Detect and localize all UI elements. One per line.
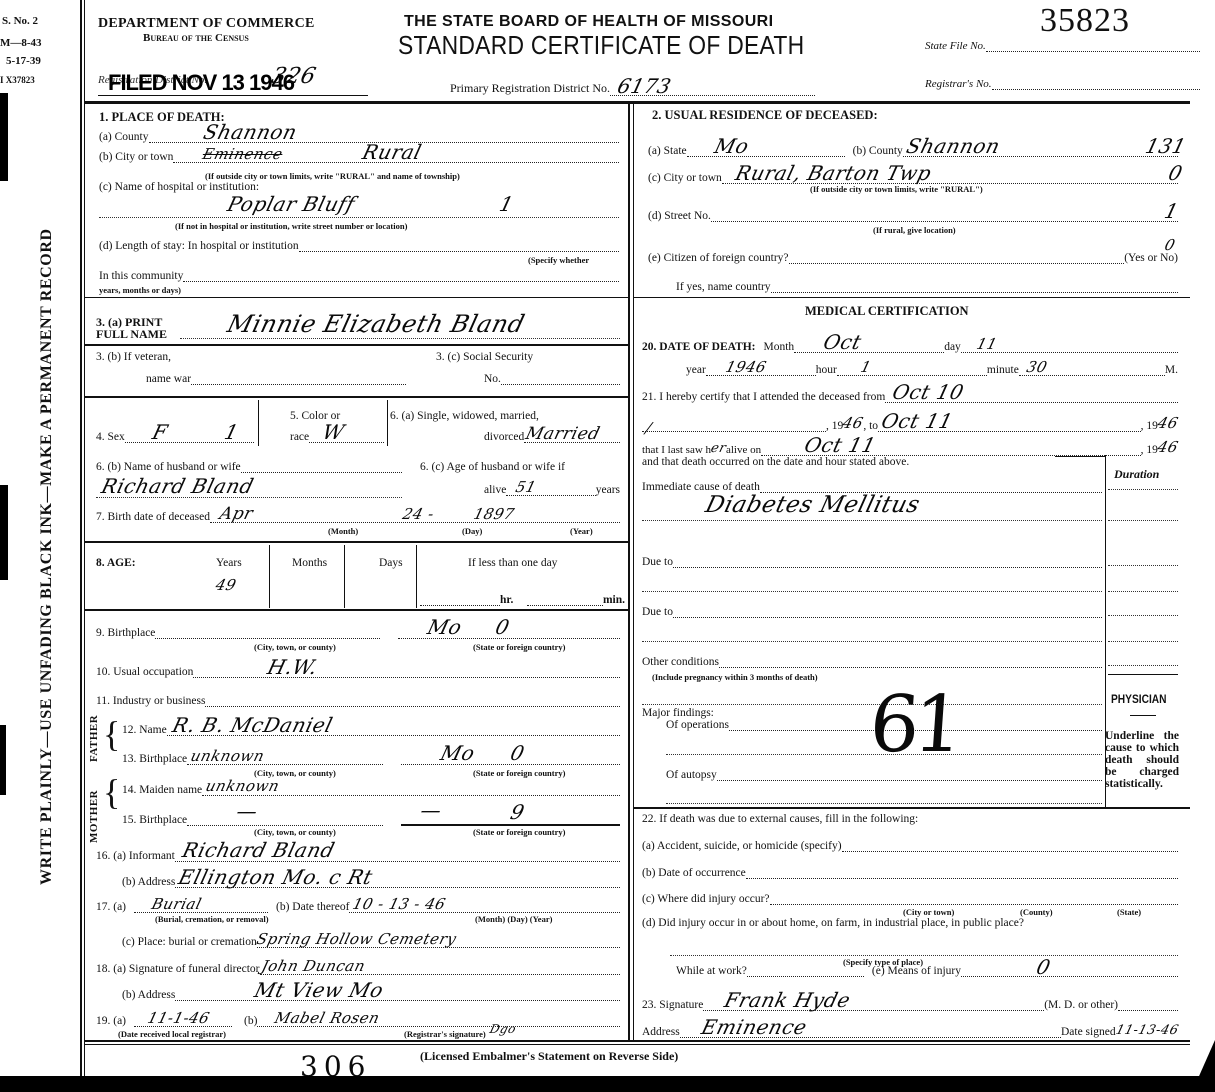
marital-field[interactable]: divorced Married [484,431,620,443]
residence-street-line: 1 [711,210,1178,222]
birth-date-line: Apr 24 - 1897 [210,511,620,523]
residence-state-value[interactable]: Mo [712,134,752,158]
major-findings-label: Major findings: [642,707,714,719]
disposal-note: (Burial, cremation, or removal) [155,914,269,924]
form-code: S. No. 2 [2,15,38,27]
duration-tick [1055,456,1105,457]
father-name-value[interactable]: R. B. McDaniel [170,713,335,737]
citizen-field[interactable]: (e) Citizen of foreign country? (Yes or … [648,252,1178,264]
birthplace-label: 9. Birthplace [96,627,155,639]
death-time-field[interactable]: year 1946 hour 1 minute 30 M. [686,364,1178,376]
attended-mark: / [644,419,654,437]
spouse-age-field[interactable]: alive 51 years [484,484,620,496]
spouse-age-label-2: alive [484,484,506,496]
primary-district-value[interactable]: 6173 [615,74,674,98]
sex-line: F 1 [125,431,254,443]
margin-rule [80,0,82,1092]
birthplace-city[interactable] [155,629,380,639]
age-hours-minutes[interactable]: hr. min. [420,594,625,606]
residence-heading: 2. USUAL RESIDENCE OF DECEASED: [652,108,878,123]
sex-value[interactable]: F [150,420,170,444]
injury-state-note: (State) [1117,907,1141,917]
stay-label: (d) Length of stay: In hospital or insti… [99,240,299,252]
print-code: 5-17-39 [6,55,41,67]
attended-from-field[interactable]: 21. I hereby certify that I attended the… [642,389,1178,403]
due-to-1-value[interactable] [673,558,1102,568]
primary-district-field[interactable]: Primary Registration District No. 6173 [450,78,815,96]
mother-birthplace-state[interactable]: — [418,798,444,822]
primary-district-line: 6173 [610,78,815,96]
father-bracket: { [103,716,120,752]
informant-value[interactable]: Richard Bland [180,838,337,862]
occurrence-date-label: (b) Date of occurrence [642,867,746,879]
death-month-value[interactable]: Oct [821,330,864,354]
received-label: 19. (a) [96,1015,126,1027]
sex-label: 4. Sex [96,431,125,443]
occupation-field[interactable]: 10. Usual occupation H.W. [96,666,620,678]
signature-title-value[interactable] [1118,1001,1178,1011]
means-line: 0 [961,965,1178,977]
death-hour-value[interactable]: 1 [859,358,874,376]
injury-county-note: (County) [1020,907,1053,917]
veteran-war-label: name war [146,373,191,385]
father-birthplace-city[interactable]: unknown [189,747,267,765]
informant-address-value[interactable]: Ellington Mo. c Rt [176,865,375,889]
mother-birthplace-state-note: (State or foreign country) [473,827,565,837]
mother-bracket: { [103,774,120,810]
divider [85,396,628,398]
disposal-field[interactable]: 17. (a) Burial (b) Date thereof 10 - 13 … [96,901,620,913]
residence-street-code: 1 [1162,199,1181,223]
funeral-director-address-value[interactable]: Mt View Mo [252,978,386,1002]
ssn-no-label: No. [484,373,501,385]
mother-maiden-label: 14. Maiden name [122,784,202,796]
father-birthplace-code: 0 [508,741,527,765]
disposal-date-value[interactable]: 10 - 13 - 46 [351,895,448,913]
occupation-label: 10. Usual occupation [96,666,193,678]
certificate-number: 35823 [1040,2,1130,40]
informant-address-line: Ellington Mo. c Rt [175,876,620,888]
duration-line [1108,615,1178,616]
scan-edge-mark [0,725,6,795]
department-heading: DEPARTMENT OF COMMERCE [98,16,315,32]
mother-maiden-field[interactable]: 14. Maiden name unknown [122,784,620,796]
death-city-label: (b) City or town [99,151,173,163]
accident-value[interactable] [842,842,1178,852]
physician-address-label: Address [642,1026,680,1038]
last-seen-line: Oct 11 [761,442,1141,456]
spouse-age-label: 6. (c) Age of husband or wife if [420,461,565,473]
spouse-age-suffix: years [596,484,620,496]
race-value[interactable]: W [320,420,347,444]
death-meridiem-label: M. [1165,364,1178,376]
race-line: W [309,431,384,443]
spouse-age-value[interactable]: 51 [514,478,539,496]
last-seen-value[interactable]: Oct 11 [802,433,878,457]
attended-to-year[interactable]: 46 [1156,414,1181,432]
birthplace-state-note: (State or foreign country) [473,642,565,652]
certify-label: 21. I hereby certify that I attended the… [642,391,885,403]
age-years-label: Years [216,557,242,569]
print-code: I X37823 [0,75,35,85]
divider [633,297,1190,298]
full-name-label: 3. (a) PRINT FULL NAME [96,316,167,340]
burial-place-label: (c) Place: burial or cremation [122,936,257,948]
funeral-director-address-label: (b) Address [122,989,175,1001]
date-of-death-label: 20. DATE OF DEATH: [642,341,756,353]
mother-maiden-value[interactable]: unknown [204,777,282,795]
signature-label: 23. Signature [642,999,703,1011]
funeral-director-value[interactable]: John Duncan [259,957,366,975]
death-month-label: Month [764,341,795,353]
age-min-value[interactable] [527,596,603,606]
spouse-label: 6. (b) Name of husband or wife [96,461,241,473]
physician-address-value[interactable]: Eminence [699,1015,810,1039]
age-less-label: If less than one day [468,557,557,569]
mother-birthplace-label: 15. Birthplace [122,814,187,826]
residence-street-label: (d) Street No. [648,210,711,222]
column-divider [633,101,634,1041]
duration-line [1108,591,1178,592]
certificate-title: STANDARD CERTIFICATE OF DEATH [398,30,804,61]
residence-city-label: (c) City or town [648,172,722,184]
residence-state-line: Mo [687,143,845,157]
death-city-line: Eminence Rural [173,151,619,163]
due-to-1-field[interactable]: Due to [642,556,1102,568]
residence-city-note: (If outside city or town limits, write "… [810,184,983,194]
burial-place-field[interactable]: (c) Place: burial or cremation Spring Ho… [122,936,620,948]
death-minute-line: 30 [1019,364,1165,376]
accident-field[interactable]: (a) Accident, suicide, or homicide (spec… [642,840,1178,852]
death-minute-value[interactable]: 30 [1025,358,1050,376]
attended-to-value[interactable]: Oct 11 [879,409,955,433]
attended-from-year[interactable]: 46 [841,414,866,432]
race-field[interactable]: race W [290,431,384,443]
attended-period-field[interactable]: / , 19 46 , to Oct 11 , 19 46 [642,414,1178,432]
birth-month-note: (Month) [328,526,358,536]
injury-location-value[interactable] [770,895,1178,905]
hospital-line [99,217,619,218]
birth-month-value[interactable]: Apr [218,504,256,524]
scan-edge-mark [0,93,8,181]
injury-place-line[interactable] [670,955,1178,956]
hospital-code: 1 [497,192,516,216]
cell-divider [269,545,270,608]
death-county-value[interactable]: Shannon [201,120,300,144]
registrar-field[interactable]: 19. (a) 11-1-46 (b) Mabel Rosen [96,1015,620,1027]
stay-note: (Specify whether [528,255,589,265]
ssn-label: 3. (c) Social Security [436,351,533,363]
duration-heading: Duration [1114,467,1159,482]
birth-day-value[interactable]: 24 - [401,505,436,523]
death-county-field[interactable]: (a) County Shannon [99,131,619,143]
duration-line [1108,665,1178,666]
divider [85,609,628,611]
community-note: years, months or days) [99,285,181,295]
residence-county-value[interactable]: Shannon [904,134,1003,158]
residence-state-county[interactable]: (a) State Mo (b) County Shannon 131 [648,143,1178,157]
stay-field[interactable]: (d) Length of stay: In hospital or insti… [99,240,619,252]
father-tag: FATHER [88,715,100,762]
citizen-value[interactable] [789,254,1125,264]
birth-date-label: 7. Birth date of deceased [96,511,210,523]
medical-heading: MEDICAL CERTIFICATION [805,304,969,319]
community-label: In this community [99,270,183,282]
divider [98,95,368,96]
industry-value[interactable] [205,697,620,707]
signature-field[interactable]: 23. Signature Frank Hyde (M. D. or other… [642,997,1178,1011]
cell-divider [387,400,388,446]
industry-field[interactable]: 11. Industry or business [96,695,620,707]
father-name-field[interactable]: 12. Name R. B. McDaniel [122,724,620,736]
work-means-field[interactable]: While at work? (e) Means of injury 0 [676,965,1178,977]
age-years-value[interactable]: 49 [214,576,239,594]
attended-from-line: Oct 10 [885,389,1178,403]
disposal-date-line: 10 - 13 - 46 [349,901,620,913]
signature-value[interactable]: Frank Hyde [722,988,853,1012]
injury-location-field[interactable]: (c) Where did injury occur? [642,893,1178,905]
death-city-field[interactable]: (b) City or town Eminence Rural [99,151,619,163]
registrar-sig-value[interactable]: Mabel Rosen [273,1009,382,1027]
citizen-label: (e) Citizen of foreign country? [648,252,789,264]
marital-label-2: divorced [484,431,524,443]
duration-line [1108,641,1178,642]
spouse-name-field: 6. (b) Name of husband or wife [96,461,402,473]
frame-bottom [85,1044,1190,1045]
veteran-war-value[interactable] [191,375,406,385]
mother-birthplace-city[interactable]: — [234,799,260,823]
disposal-label: 17. (a) [96,901,126,913]
funeral-director-field[interactable]: 18. (a) Signature of funeral director Jo… [96,963,620,975]
father-birthplace-state-line: Mo 0 [401,753,620,765]
margin-rule [84,0,85,1092]
due-to-2-value[interactable] [673,608,1102,618]
bureau-heading: Bureau of the Census [143,32,249,44]
birthplace-city-note: (City, town, or county) [254,642,336,652]
other-conditions-value[interactable] [719,658,1102,668]
birthplace-state-line: Mo 0 [398,627,620,639]
mother-birthplace-city-note: (City, town, or county) [254,827,336,837]
duration-line [1108,489,1178,490]
state-file-field[interactable]: State File No. [925,40,1200,52]
vertical-instruction: WRITE PLAINLY—USE UNFADING BLACK INK—MAK… [38,228,56,885]
at-work-value[interactable] [747,967,864,977]
date-signed-value[interactable]: 11-13-46 [1114,1023,1180,1038]
funeral-director-address-line: Mt View Mo [175,989,620,1001]
ssn-value[interactable] [501,375,620,385]
other-conditions-field[interactable]: Other conditions [642,656,1102,668]
immediate-cause-line [642,520,1102,521]
received-value[interactable]: 11-1-46 [146,1009,212,1027]
due-to-1-cont-line [642,591,1102,592]
ssn-field[interactable]: No. [484,373,620,385]
duration-rule [1108,674,1178,675]
death-minute-label: minute [987,364,1019,376]
cell-divider [416,545,417,608]
father-birthplace-field[interactable]: 13. Birthplace unknown Mo 0 [122,753,620,765]
stay-value[interactable] [299,242,619,252]
registrar-no-field[interactable]: Registrar's No. [925,78,1200,90]
funeral-director-line: John Duncan [260,963,621,975]
disposal-value[interactable]: Burial [150,895,204,913]
occurrence-date-value[interactable] [746,869,1178,879]
birthplace-code: 0 [493,615,512,639]
signature-title-label: (M. D. or other) [1044,999,1118,1011]
mother-maiden-line: unknown [202,784,620,796]
duration-line [1108,565,1178,566]
age-label: 8. AGE: [96,557,136,569]
other-conditions-note: (Include pregnancy within 3 months of de… [652,672,818,682]
marital-line: Married [524,431,620,443]
death-day-value[interactable]: 11 [975,335,1000,353]
injury-location-label: (c) Where did injury occur? [642,893,770,905]
divider [85,344,628,346]
physician-heading: PHYSICIAN [1111,692,1167,706]
state-file-value[interactable] [986,42,1200,52]
injury-place-label: (d) Did injury occur in or about home, o… [642,917,1024,929]
residence-street-note: (If rural, give location) [873,225,956,235]
birthplace-field[interactable]: 9. Birthplace Mo 0 [96,627,620,639]
death-city-value[interactable]: Rural [360,140,424,164]
date-of-death-field[interactable]: 20. DATE OF DEATH: Month Oct day 11 [642,339,1178,353]
birth-date-field[interactable]: 7. Birth date of deceased Apr 24 - 1897 [96,511,620,523]
age-heading: 8. AGE: [96,557,136,569]
divider [85,297,628,298]
burial-place-value[interactable]: Spring Hollow Cemetery [255,930,459,948]
father-name-line: R. B. McDaniel [167,724,620,736]
residence-city-code: 0 [1166,161,1185,185]
race-label-2: race [290,431,309,443]
age-hr-label: hr. [500,594,513,606]
registrar-sig-note: (Registrar's signature) [404,1029,486,1039]
occurrence-date-field[interactable]: (b) Date of occurrence [642,867,1178,879]
age-hr-value[interactable] [420,596,500,606]
disposal-date-note: (Month) (Day) (Year) [475,914,552,924]
mother-birthplace-field[interactable]: 15. Birthplace — — 9 [122,812,620,826]
residence-state-label: (a) State [648,145,687,157]
community-value[interactable] [183,272,619,282]
residence-city-value[interactable]: Rural, Barton Twp [733,161,934,185]
last-seen-field[interactable]: that I last saw h er alive on Oct 11 , 1… [642,438,1178,456]
hospital-value[interactable]: Poplar Bluff [225,192,357,216]
print-code: M—8-43 [0,37,42,49]
sex-field[interactable]: 4. Sex F 1 [96,431,254,443]
death-city-struck-value: Eminence [201,145,285,163]
residence-street-field[interactable]: (d) Street No. 1 [648,210,1178,222]
filed-stamp-number: 326 [269,64,319,89]
spouse-name-value[interactable]: Richard Bland [99,474,256,498]
foreign-country-field[interactable]: If yes, name country [676,281,1178,293]
coder-mark: 61 [867,680,961,770]
other-conditions-label: Other conditions [642,656,719,668]
occupation-line: H.W. [193,666,620,678]
death-year-value[interactable]: 1946 [724,358,769,376]
death-day-label: day [944,341,961,353]
mother-tag: MOTHER [88,790,100,843]
accident-label: (a) Accident, suicide, or homicide (spec… [642,840,842,852]
scan-edge-mark [0,485,8,580]
received-note: (Date received local registrar) [118,1029,226,1039]
embalmer-note: (Licensed Embalmer's Statement on Revers… [420,1049,678,1064]
physician-address-field[interactable]: Address Eminence Date signed 11-13-46 [642,1023,1178,1038]
informant-field[interactable]: 16. (a) Informant Richard Bland [96,850,620,862]
funeral-director-address-field[interactable]: (b) Address Mt View Mo [122,989,620,1001]
funeral-director-label: 18. (a) Signature of funeral director [96,963,260,975]
birthplace-state-value[interactable]: Mo [425,615,465,639]
external-heading: 22. If death was due to external causes,… [642,813,918,825]
disposal-line: Burial [134,901,268,913]
residence-county-label: (b) County [853,145,903,157]
death-month-line: Oct [794,339,944,353]
informant-line: Richard Bland [175,850,620,862]
sex-code: 1 [222,420,241,444]
registrar-no-value[interactable] [992,80,1200,90]
attended-from-value[interactable]: Oct 10 [890,380,966,404]
date-signed-label: Date signed [1061,1026,1116,1038]
last-seen-label: that I last saw h [642,444,711,456]
residence-county-line: Shannon 131 [903,143,1178,157]
hospital-note: (If not in hospital or institution, writ… [175,221,407,231]
marital-value[interactable]: Married [524,424,603,444]
autopsy-value[interactable] [717,771,1102,781]
attended-from-cont-line: / [642,418,826,432]
father-birthplace-state-note: (State or foreign country) [473,768,565,778]
informant-address-field[interactable]: (b) Address Ellington Mo. c Rt [122,876,620,888]
registrar-sig-line: Mabel Rosen [257,1015,620,1027]
autopsy-label: Of autopsy [666,769,717,781]
residence-city-line: Rural, Barton Twp 0 [722,170,1178,184]
operations-label: Of operations [666,719,729,731]
foreign-country-value[interactable] [771,283,1178,293]
immediate-cause-value[interactable]: Diabetes Mellitus [703,492,923,518]
father-birthplace-label: 13. Birthplace [122,753,187,765]
physician-rule [1130,715,1156,716]
community-field[interactable]: In this community [99,270,619,282]
informant-address-label: (b) Address [122,876,175,888]
full-name-value[interactable]: Minnie Elizabeth Bland [225,310,528,338]
father-birthplace-state[interactable]: Mo [438,741,478,765]
autopsy-field[interactable]: Of autopsy [666,769,1102,781]
last-seen-year[interactable]: 46 [1156,438,1181,456]
due-to-2-field[interactable]: Due to [642,606,1102,618]
board-heading: THE STATE BOARD OF HEALTH OF MISSOURI [404,13,773,31]
death-hour-line: 1 [837,364,987,376]
due-to-2-cont-line [642,641,1102,642]
age-days-label: Days [379,557,403,569]
attended-to-label: , to [863,420,878,432]
age-months-label: Months [292,557,327,569]
mother-birthplace-city-line: — [187,812,383,826]
autopsy-cont-line [666,803,1102,804]
occupation-value[interactable]: H.W. [265,655,320,679]
disposal-date-label: (b) Date thereof [276,901,349,913]
physician-address-line: Eminence [680,1024,1061,1038]
residence-county-code: 131 [1143,134,1189,158]
veteran-label: 3. (b) If veteran, [96,351,171,363]
signature-line: Frank Hyde [703,997,1044,1011]
birth-year-value[interactable]: 1897 [472,505,517,523]
divider [633,807,1190,809]
frame-top [85,101,1190,104]
mother-birthplace-code: 9 [508,800,527,824]
registrar-sig-label: (b) [244,1015,257,1027]
death-hour-label: hour [816,364,837,376]
residence-city-field[interactable]: (c) City or town Rural, Barton Twp 0 [648,170,1178,184]
spouse-age-line: 51 [506,484,595,496]
death-day-line: 11 [961,339,1178,353]
veteran-field[interactable]: name war [146,373,406,385]
birth-day-note: (Day) [462,526,482,536]
